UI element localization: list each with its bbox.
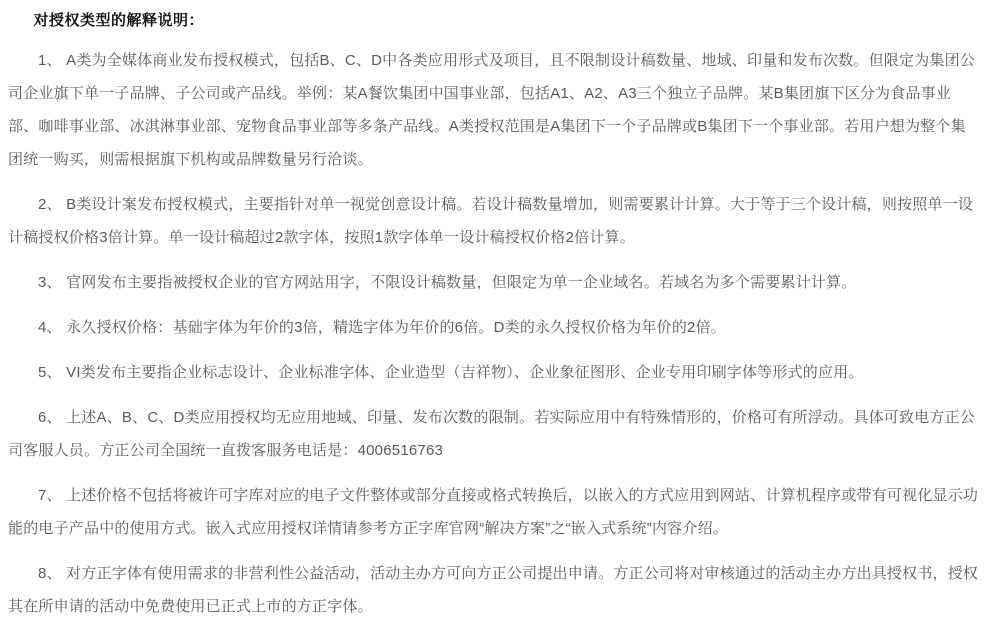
paragraph-vi-class: 5、 VI类发布主要指企业标志设计、企业标准字体、企业造型（吉祥物）、企业象征图… — [8, 356, 980, 389]
authorization-explanation-document: 对授权类型的解释说明： 1、 A类为全媒体商业发布授权模式，包括B、C、D中各类… — [0, 0, 992, 635]
paragraph-nonprofit-application: 8、 对方正字体有使用需求的非营利性公益活动，活动主办方可向方正公司提出申请。方… — [8, 557, 980, 623]
paragraph-b-class: 2、 B类设计案发布授权模式，主要指针对单一视觉创意设计稿。若设计稿数量增加，则… — [8, 188, 980, 254]
paragraph-a-class: 1、 A类为全媒体商业发布授权模式，包括B、C、D中各类应用形式及项目，且不限制… — [8, 44, 980, 176]
paragraph-abcd-limits-hotline: 6、 上述A、B、C、D类应用授权均无应用地域、印量、发布次数的限制。若实际应用… — [8, 401, 980, 467]
paragraph-perpetual-price: 4、 永久授权价格：基础字体为年价的3倍，精选字体为年价的6倍。D类的永久授权价… — [8, 311, 980, 344]
page-title: 对授权类型的解释说明： — [8, 10, 980, 32]
paragraph-official-site: 3、 官网发布主要指被授权企业的官方网站用字，不限设计稿数量，但限定为单一企业域… — [8, 266, 980, 299]
paragraph-embedded-usage: 7、 上述价格不包括将被许可字库对应的电子文件整体或部分直接或格式转换后，以嵌入… — [8, 479, 980, 545]
